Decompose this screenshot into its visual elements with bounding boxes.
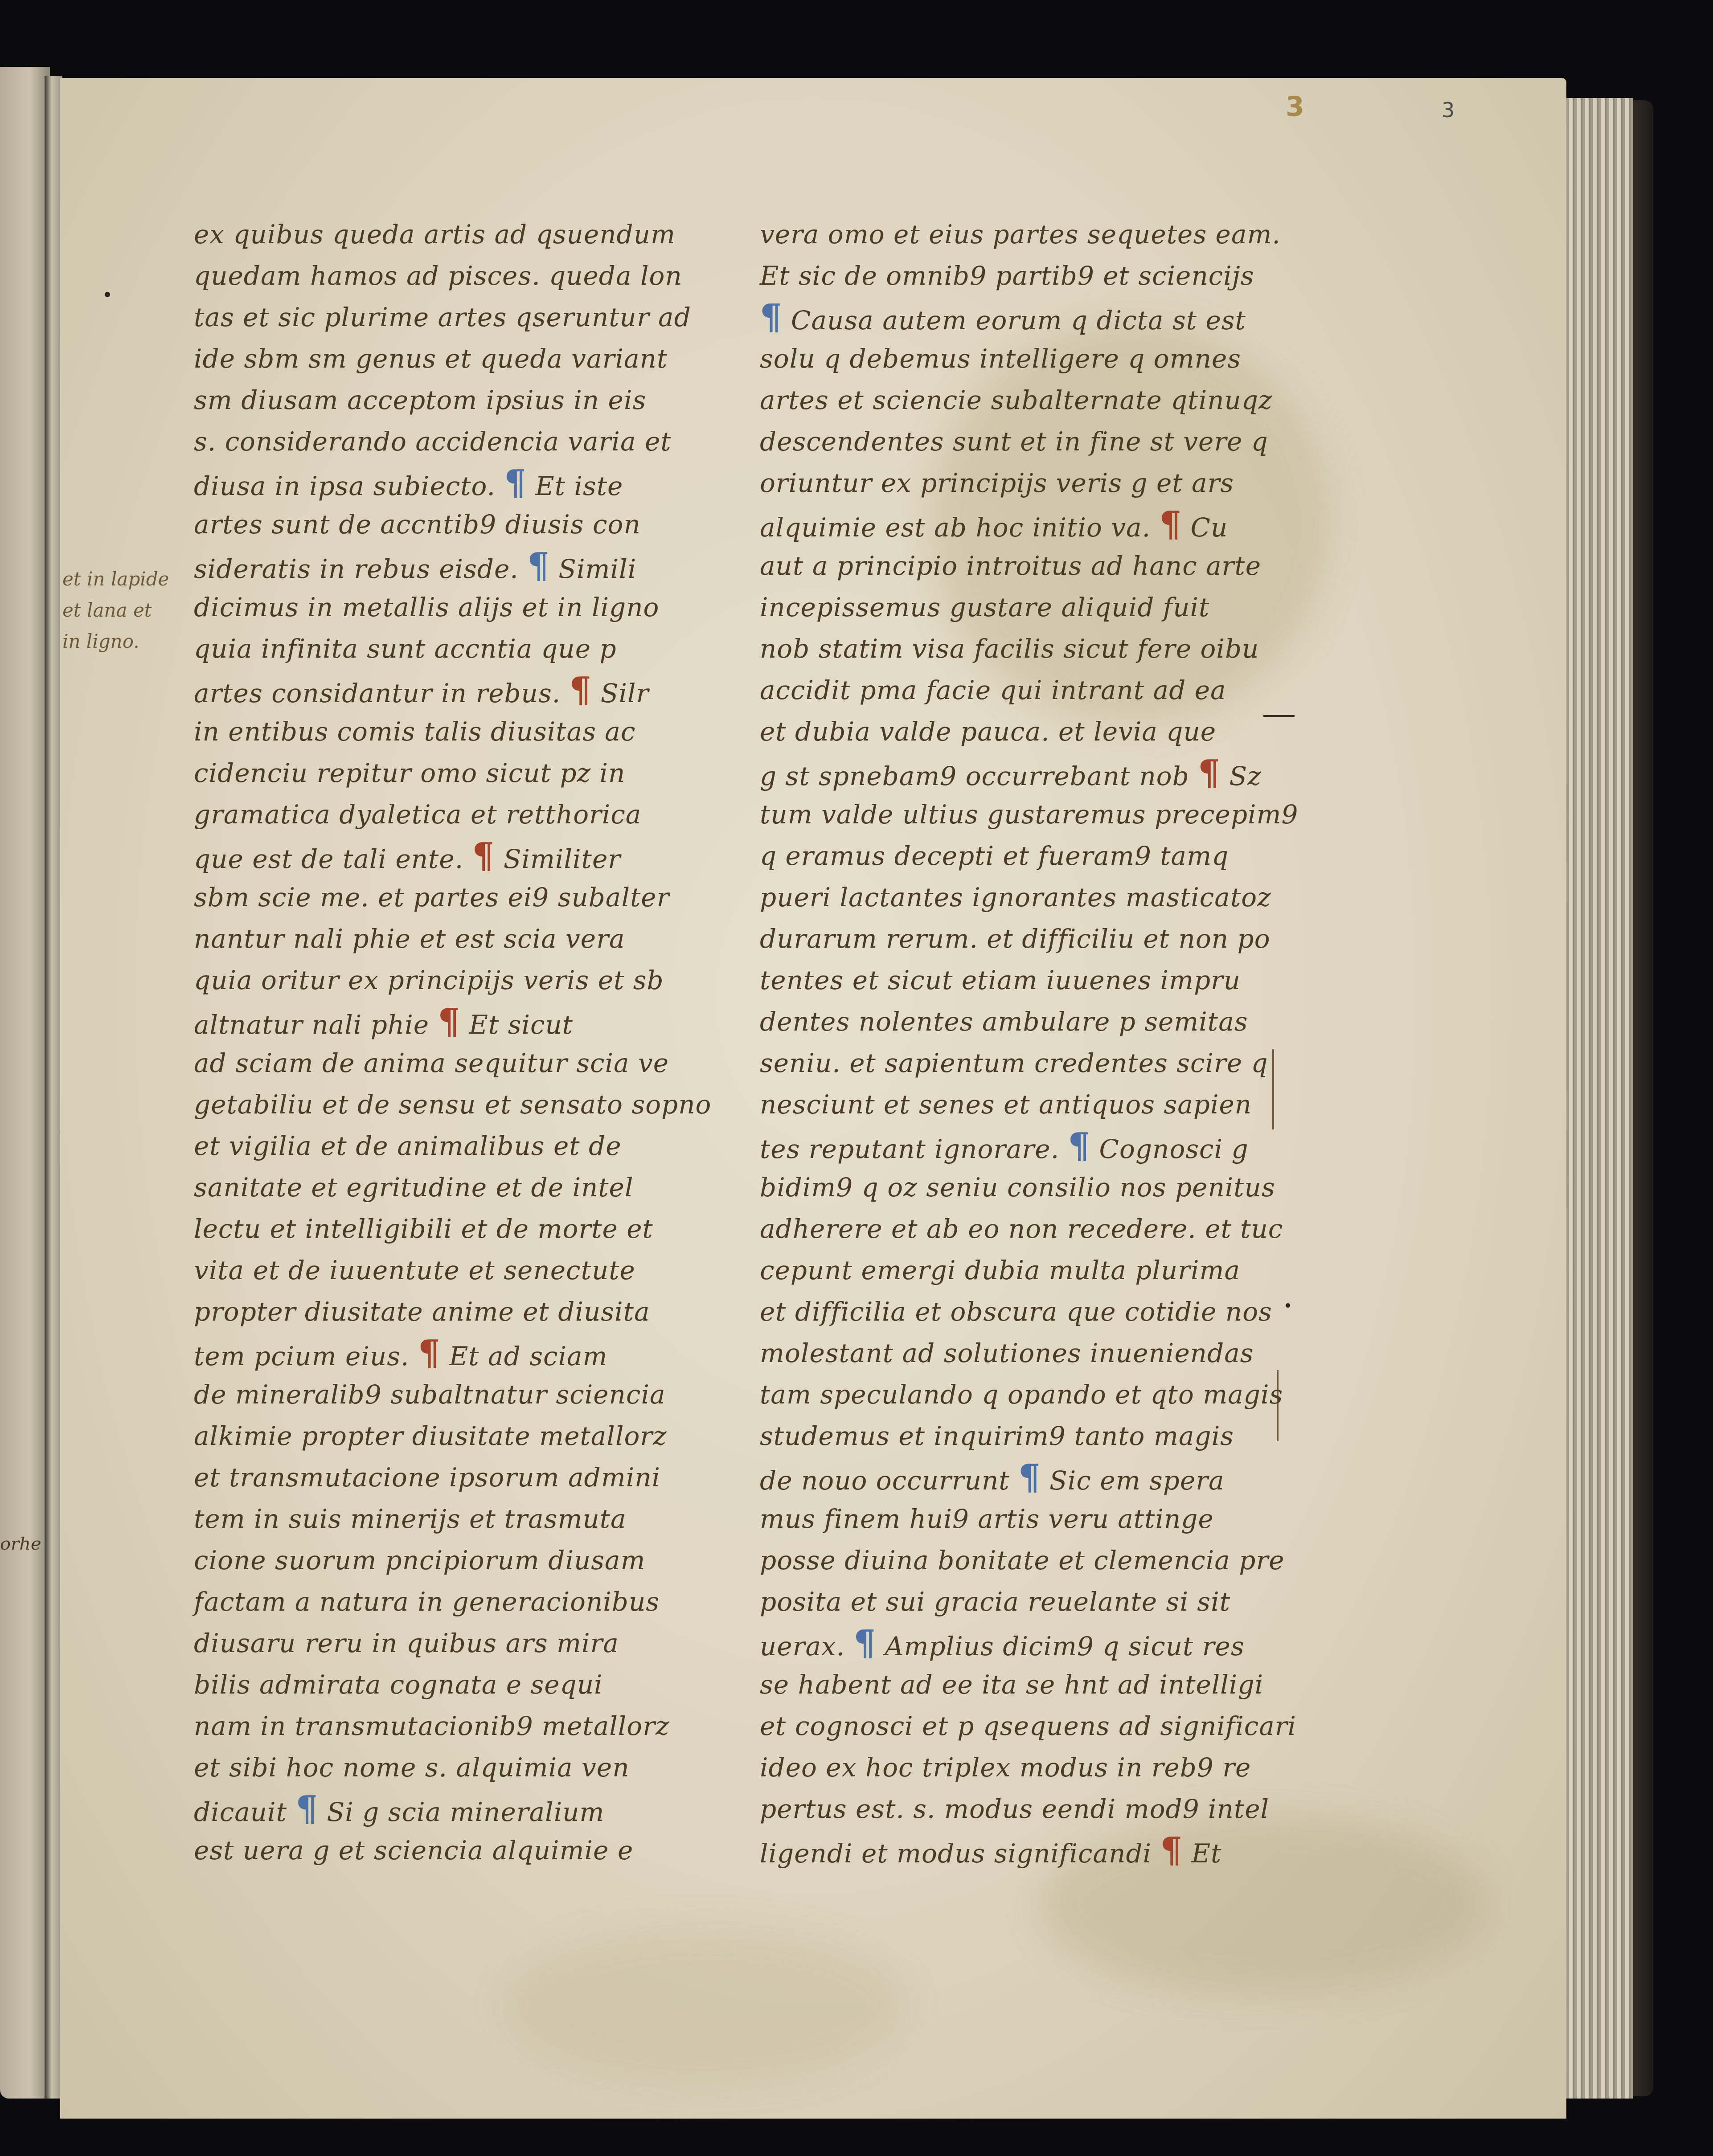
text-segment: ide sbm sm genus et queda variant [194,344,668,374]
text-segment: Et [1183,1838,1221,1869]
text-segment: mus finem hui9 artis veru attinge [760,1504,1214,1534]
text-segment: dicimus in metallis alijs et in ligno [194,592,659,622]
text-line: Et sic de omnib9 partib9 et sciencijs [760,255,1299,297]
text-segment: molestant ad solutiones inueniendas [760,1338,1254,1368]
text-line: artes et sciencie subalternate qtinuqz [760,380,1299,421]
text-line: durarum rerum. et difficiliu et non po [760,918,1299,960]
text-segment: q eramus decepti et fueram9 tamq [760,841,1229,871]
binding-gutter [45,76,62,2099]
text-line: dicimus in metallis alijs et in ligno [194,587,711,628]
text-segment: artes considantur in rebus. [194,678,570,708]
text-line: et dubia valde pauca. et levia que [760,711,1299,753]
text-line: tas et sic plurime artes qseruntur ad [194,297,711,338]
text-segment: tentes et sicut etiam iuuenes impru [760,965,1241,995]
text-line: molestant ad solutiones inueniendas [760,1333,1299,1374]
text-line: adherere et ab eo non recedere. et tuc [760,1208,1299,1250]
text-segment: dicauit [194,1797,295,1827]
text-segment: adherere et ab eo non recedere. et tuc [760,1214,1283,1244]
text-segment: et dubia valde pauca. et levia que [760,716,1216,747]
text-line: alquimie est ab hoc initio va. ¶ Cu [760,504,1299,545]
text-line: posita et sui gracia reuelante si sit [760,1581,1299,1623]
text-segment: tes reputant ignorare. [760,1134,1068,1164]
pilcrow-rubric: ¶ [854,1623,877,1664]
text-line: bilis admirata cognata e sequi [194,1664,711,1706]
text-line: sbm scie me. et partes ei9 subalter [194,877,711,918]
text-segment: accidit pma facie qui intrant ad ea [760,675,1226,705]
text-line: sm diusam acceptom ipsius in eis [194,380,711,421]
pilcrow-rubric: ¶ [570,670,592,711]
text-segment: artes et sciencie subalternate qtinuqz [760,385,1273,415]
text-line: g st spnebam9 occurrebant nob ¶ Sz [760,753,1299,794]
text-segment: vita et de iuuentute et senectute [194,1255,635,1285]
text-line: se habent ad ee ita se hnt ad intelligi [760,1664,1299,1706]
text-line: diusaru reru in quibus ars mira [194,1623,711,1664]
text-line: ligendi et modus significandi ¶ Et [760,1830,1299,1871]
text-line: solu q debemus intelligere q omnes [760,338,1299,380]
text-line: tentes et sicut etiam iuuenes impru [760,960,1299,1001]
text-line: accidit pma facie qui intrant ad ea [760,670,1299,711]
text-segment: nesciunt et senes et antiquos sapien [760,1089,1252,1120]
text-line: de nouo occurrunt ¶ Sic em spera [760,1457,1299,1498]
text-segment: posse diuina bonitate et clemencia pre [760,1545,1285,1575]
text-line: s. considerando accidencia varia et [194,421,711,462]
text-segment: de mineralib9 subaltnatur sciencia [194,1379,666,1410]
text-line: ex quibus queda artis ad qsuendum [194,214,711,255]
text-segment: Causa autem eorum q dicta st est [783,305,1246,335]
text-line: que est de tali ente. ¶ Similiter [194,835,711,877]
margin-note-line: et in lapide [62,564,169,595]
text-line: propter diusitate anime et diusita [194,1291,711,1333]
text-line: cepunt emergi dubia multa plurima [760,1250,1299,1291]
text-line: tam speculando q opando et qto magis [760,1374,1299,1416]
text-segment: tem pcium eius. [194,1341,418,1371]
text-line: dicauit ¶ Si g scia mineralium [194,1788,711,1830]
text-segment: et cognosci et p qsequens ad significari [760,1711,1296,1741]
margin-dot [105,292,110,297]
pilcrow-rubric: ¶ [1068,1126,1091,1166]
text-segment: g st spnebam9 occurrebant nob [760,761,1198,791]
text-line: tem in suis minerijs et trasmuta [194,1498,711,1540]
text-segment: Et ad sciam [441,1341,608,1371]
text-line: ide sbm sm genus et queda variant [194,338,711,380]
text-segment: Sic em spera [1041,1465,1225,1496]
text-segment: tas et sic plurime artes qseruntur ad [194,302,691,332]
pilcrow-rubric: ¶ [418,1333,441,1374]
text-line: getabiliu et de sensu et sensato sopno [194,1084,711,1125]
text-segment: ex quibus queda artis ad qsuendum [194,219,676,250]
pilcrow-rubric: ¶ [1160,1830,1183,1871]
text-line: ideo ex hoc triplex modus in reb9 re [760,1747,1299,1788]
text-segment: Et sic de omnib9 partib9 et sciencijs [760,261,1254,291]
text-line: nob statim visa facilis sicut fere oibu [760,628,1299,670]
pilcrow-rubric: ¶ [527,546,550,586]
text-line: nesciunt et senes et antiquos sapien [760,1084,1299,1125]
text-segment: sideratis in rebus eisde. [194,554,527,584]
text-segment: Simili [550,554,636,584]
text-line: et cognosci et p qsequens ad significari [760,1706,1299,1747]
text-line: incepissemus gustare aliquid fuit [760,587,1299,628]
text-line: aut a principio introitus ad hanc arte [760,545,1299,587]
text-line: vita et de iuuentute et senectute [194,1250,711,1291]
text-segment: tum valde ultius gustaremus precepim9 [760,799,1299,830]
text-segment: alkimie propter diusitate metallorz [194,1421,667,1451]
text-segment: artes sunt de accntib9 diusis con [194,509,641,540]
text-segment: sanitate et egritudine et de intel [194,1172,634,1203]
text-line: sideratis in rebus eisde. ¶ Simili [194,545,711,587]
text-line: quia oritur ex principijs veris et sb [194,960,711,1001]
text-line: seniu. et sapientum credentes scire q [760,1043,1299,1084]
text-segment: et sibi hoc nome s. alquimia ven [194,1752,630,1783]
text-line: et vigilia et de animalibus et de [194,1125,711,1167]
text-segment: Cognosci g [1090,1134,1249,1164]
text-segment: Amplius dicim9 q sicut res [876,1631,1244,1661]
text-segment: pueri lactantes ignorantes masticatoz [760,882,1271,912]
text-segment: getabiliu et de sensu et sensato sopno [194,1089,711,1120]
text-line: artes considantur in rebus. ¶ Silr [194,670,711,711]
text-segment: factam a natura in generacionibus [194,1587,660,1617]
text-line: pertus est. s. modus eendi mod9 intel [760,1788,1299,1830]
text-line: posse diuina bonitate et clemencia pre [760,1540,1299,1581]
text-segment: Et sicut [460,1010,573,1040]
text-line: bidim9 q oz seniu consilio nos penitus [760,1167,1299,1208]
text-segment: nob statim visa facilis sicut fere oibu [760,634,1259,664]
margin-note-left: et in lapide et lana et in ligno. [62,564,169,657]
text-line: mus finem hui9 artis veru attinge [760,1498,1299,1540]
text-line: in entibus comis talis diusitas ac [194,711,711,753]
pilcrow-rubric: ¶ [472,836,495,876]
text-segment: nantur nali phie et est scia vera [194,924,625,954]
text-line: tum valde ultius gustaremus precepim9 [760,794,1299,835]
text-segment: alquimie est ab hoc initio va. [760,512,1160,543]
text-segment: Cu [1182,512,1228,543]
text-segment: diusaru reru in quibus ars mira [194,1628,619,1658]
text-line: vera omo et eius partes sequetes eam. [760,214,1299,255]
text-line: est uera g et sciencia alquimie e [194,1830,711,1871]
text-line: gramatica dyaletica et retthorica [194,794,711,835]
text-column-left: ex quibus queda artis ad qsuendumquedam … [194,214,711,1871]
text-line: quedam hamos ad pisces. queda lon [194,255,711,297]
text-segment: Et iste [527,471,623,501]
text-segment: s. considerando accidencia varia et [194,426,672,457]
text-segment: uerax. [760,1631,854,1661]
text-line: et sibi hoc nome s. alquimia ven [194,1747,711,1788]
text-segment: dentes nolentes ambulare p semitas [760,1006,1248,1037]
text-segment: gramatica dyaletica et retthorica [194,799,641,830]
text-segment: est uera g et sciencia alquimie e [194,1835,633,1866]
text-segment: nam in transmutacionib9 metallorz [194,1711,670,1741]
pilcrow-rubric: ¶ [438,1002,460,1042]
folio-number-ink: 3 [1286,91,1304,123]
text-segment: et transmutacione ipsorum admini [194,1462,660,1493]
water-stain [506,1927,907,2083]
text-segment: lectu et intelligibili et de morte et [194,1214,653,1244]
text-line: descendentes sunt et in fine st vere q [760,421,1299,462]
text-line: uerax. ¶ Amplius dicim9 q sicut res [760,1623,1299,1664]
folio-number-pencil: 3 [1442,98,1455,122]
pilcrow-rubric: ¶ [1160,504,1182,545]
text-segment: Si g scia mineralium [318,1797,605,1827]
text-line: q eramus decepti et fueram9 tamq [760,835,1299,877]
text-line: nam in transmutacionib9 metallorz [194,1706,711,1747]
text-line: sanitate et egritudine et de intel [194,1167,711,1208]
text-segment: Silr [592,678,649,708]
text-line: et transmutacione ipsorum admini [194,1457,711,1498]
text-segment: oriuntur ex principijs veris g et ars [760,468,1234,498]
manuscript-page: 3 3 et in lapide et lana et in ligno. ex… [60,78,1566,2119]
text-line: factam a natura in generacionibus [194,1581,711,1623]
text-segment: sbm scie me. et partes ei9 subalter [194,882,669,912]
text-segment: quedam hamos ad pisces. queda lon [194,261,682,291]
text-segment: aut a principio introitus ad hanc arte [760,551,1261,581]
text-line: artes sunt de accntib9 diusis con [194,504,711,545]
text-line: lectu et intelligibili et de morte et [194,1208,711,1250]
text-line: ad sciam de anima sequitur scia ve [194,1043,711,1084]
text-segment: se habent ad ee ita se hnt ad intelligi [760,1669,1263,1700]
facing-page-note: orhe [0,1528,41,1559]
text-segment: ideo ex hoc triplex modus in reb9 re [760,1752,1251,1783]
text-line: tes reputant ignorare. ¶ Cognosci g [760,1125,1299,1167]
text-segment: diusa in ipsa subiecto. [194,471,504,501]
margin-note-line: et lana et [62,595,169,626]
text-line: tem pcium eius. ¶ Et ad sciam [194,1333,711,1374]
text-segment: et vigilia et de animalibus et de [194,1131,622,1161]
text-line: cione suorum pncipiorum diusam [194,1540,711,1581]
text-line: quia infinita sunt accntia que p [194,628,711,670]
text-segment: et difficilia et obscura que cotidie nos [760,1297,1272,1327]
pilcrow-rubric: ¶ [1198,753,1221,794]
text-segment: incepissemus gustare aliquid fuit [760,592,1209,622]
text-segment: que est de tali ente. [194,844,472,874]
text-line: de mineralib9 subaltnatur sciencia [194,1374,711,1416]
text-line: studemus et inquirim9 tanto magis [760,1416,1299,1457]
text-segment: tam speculando q opando et qto magis [760,1379,1283,1410]
text-segment: in entibus comis talis diusitas ac [194,716,635,747]
text-line: ¶ Causa autem eorum q dicta st est [760,297,1299,338]
text-segment: de nouo occurrunt [760,1465,1018,1496]
text-segment: altnatur nali phie [194,1010,438,1040]
text-line: cidenciu repitur omo sicut pz in [194,753,711,794]
text-segment: cione suorum pncipiorum diusam [194,1545,646,1575]
pilcrow-rubric: ¶ [504,463,527,503]
text-segment: quia infinita sunt accntia que p [194,634,617,664]
text-segment: ad sciam de anima sequitur scia ve [194,1048,669,1078]
text-segment: seniu. et sapientum credentes scire q [760,1048,1268,1078]
text-line: et difficilia et obscura que cotidie nos [760,1291,1299,1333]
text-segment: bilis admirata cognata e sequi [194,1669,603,1700]
text-segment: solu q debemus intelligere q omnes [760,344,1241,374]
text-segment: pertus est. s. modus eendi mod9 intel [760,1794,1269,1824]
text-segment: bidim9 q oz seniu consilio nos penitus [760,1172,1275,1203]
text-segment: cidenciu repitur omo sicut pz in [194,758,625,788]
text-segment: Sz [1221,761,1262,791]
facing-page-edge: orhe [0,67,50,2099]
pilcrow-rubric: ¶ [1018,1457,1041,1498]
text-segment: tem in suis minerijs et trasmuta [194,1504,627,1534]
text-line: dentes nolentes ambulare p semitas [760,1001,1299,1043]
text-segment: sm diusam acceptom ipsius in eis [194,385,646,415]
text-segment: propter diusitate anime et diusita [194,1297,650,1327]
text-line: altnatur nali phie ¶ Et sicut [194,1001,711,1043]
pilcrow-rubric: ¶ [295,1789,318,1829]
text-line: pueri lactantes ignorantes masticatoz [760,877,1299,918]
text-segment: durarum rerum. et difficiliu et non po [760,924,1270,954]
text-segment: Similiter [495,844,621,874]
text-segment: quia oritur ex principijs veris et sb [194,965,664,995]
text-line: oriuntur ex principijs veris g et ars [760,462,1299,504]
page-edges [1566,98,1633,2099]
text-line: diusa in ipsa subiecto. ¶ Et iste [194,462,711,504]
text-segment: posita et sui gracia reuelante si sit [760,1587,1230,1617]
text-segment: ligendi et modus significandi [760,1838,1160,1869]
pilcrow-rubric: ¶ [760,297,783,338]
text-segment: cepunt emergi dubia multa plurima [760,1255,1240,1285]
margin-note-line: in ligno. [62,626,169,657]
text-segment: studemus et inquirim9 tanto magis [760,1421,1234,1451]
text-segment: descendentes sunt et in fine st vere q [760,426,1268,457]
text-column-right: vera omo et eius partes sequetes eam.Et … [760,214,1299,1871]
text-line: alkimie propter diusitate metallorz [194,1416,711,1457]
text-segment: vera omo et eius partes sequetes eam. [760,219,1281,250]
text-line: nantur nali phie et est scia vera [194,918,711,960]
